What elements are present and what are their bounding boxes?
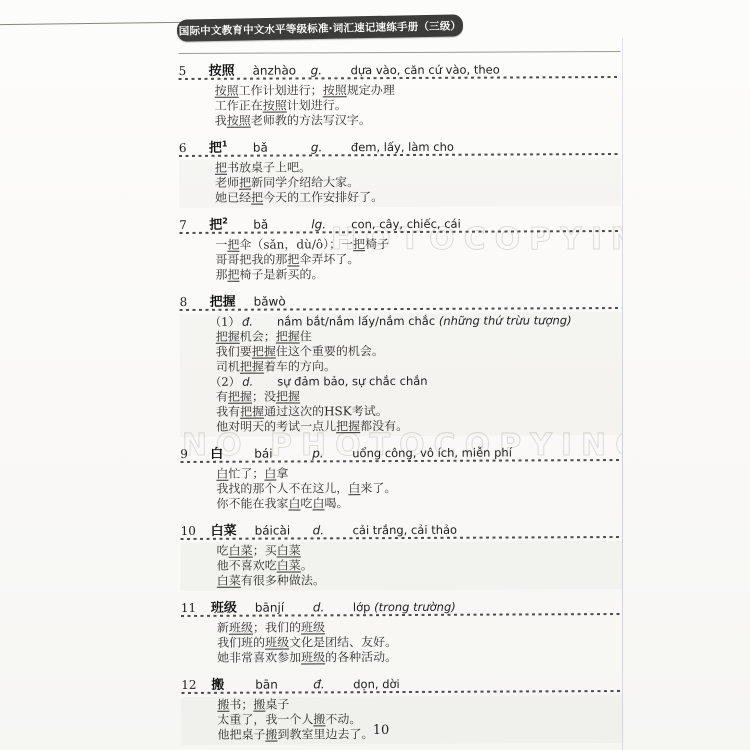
dictionary-entry: 8 把握 bǎwò （1）đ.nắm bắt/nắm lấy/nắm chắc … xyxy=(180,289,623,437)
entry-examples: 按照工作计划进行；按照规定办理工作正在按照计划进行。我按照老师教的方法写汉字。 xyxy=(179,81,621,131)
entry-pos: đ. xyxy=(313,677,353,691)
entry-examples: 把书放桌子上吧。老师把新同学介绍给大家。她已经把今天的工作安排好了。 xyxy=(179,158,621,208)
entry-headword: 班级 xyxy=(211,597,255,616)
entry-examples: 吃白菜；买白菜他不喜欢吃白菜。白菜有很多种做法。 xyxy=(181,541,623,591)
entry-number: 6 xyxy=(179,141,209,155)
entry-pos: lg. xyxy=(311,217,351,231)
entry-pos: g. xyxy=(311,63,351,77)
definition-line: （2）d.sự đảm bảo, sự chắc chắn xyxy=(216,373,622,390)
entry-meaning: uổng công, vô ích, miễn phí xyxy=(352,446,512,461)
entry-pinyin: bānjí xyxy=(255,600,313,614)
dictionary-entry: 7 把2 bǎ lg. con, cây, chiếc, cái 一把伞（sǎn… xyxy=(179,212,621,285)
book-title: 国际中文教育中文水平等级标准·词汇速记速练手册（三级） xyxy=(179,18,462,38)
entry-number: 5 xyxy=(179,64,209,78)
dictionary-entry: 6 把1 bǎ g. đem, lấy, làm cho 把书放桌子上吧。老师把… xyxy=(179,135,621,208)
entry-header-row: 9 白 bái p. uổng công, vô ích, miễn phí xyxy=(180,441,622,460)
example-line: 工作正在按照计划进行。 xyxy=(215,97,621,114)
definition-line: （1）đ.nắm bắt/nắm lấy/nắm chắc (những thứ… xyxy=(216,313,622,330)
example-line: 他对明天的考试一点儿把握都没有。 xyxy=(216,418,622,435)
example-line: 一把伞（sǎn，dù/ô）；一把椅子 xyxy=(215,236,621,253)
entry-header-row: 12 搬 bān đ. dọn, dời xyxy=(181,672,623,691)
example-line: 白忙了；白拿 xyxy=(216,465,622,482)
entry-pos: g. xyxy=(311,140,351,154)
entry-meaning: con, cây, chiếc, cái xyxy=(351,217,461,231)
entry-number: 11 xyxy=(181,601,211,615)
entry-examples: 白忙了；白拿我找的那个人不在这儿，白来了。你不能在我家白吃白喝。 xyxy=(180,464,622,514)
example-line: 我按照老师教的方法写汉字。 xyxy=(215,112,621,129)
example-line: 司机把握着车的方向。 xyxy=(216,358,622,375)
entry-pinyin: báicài xyxy=(255,523,313,537)
example-line: 把书放桌子上吧。 xyxy=(215,159,621,176)
entry-pinyin: ànzhào xyxy=(253,63,311,77)
page-number: 10 xyxy=(160,723,602,738)
example-line: 她已经把今天的工作安排好了。 xyxy=(215,189,621,206)
entry-headword: 按照 xyxy=(209,60,253,79)
entry-meaning: cải trắng, cải thảo xyxy=(353,523,458,537)
example-line: 那把椅子是新买的。 xyxy=(215,266,621,283)
entry-number: 7 xyxy=(179,218,209,232)
example-line: 我找的那个人不在这儿，白来了。 xyxy=(216,480,622,497)
entry-pos: p. xyxy=(312,446,352,460)
dictionary-entry: 10 白菜 báicài d. cải trắng, cải thảo 吃白菜；… xyxy=(181,518,623,591)
example-line: 她非常喜欢参加班级的各种活动。 xyxy=(217,649,623,666)
entries: 5 按照 ànzhào g. dựa vào, căn cứ vào, theo… xyxy=(178,51,623,750)
entry-headword: 把握 xyxy=(210,291,254,310)
entry-number: 10 xyxy=(181,524,211,538)
dictionary-entry: 5 按照 ànzhào g. dựa vào, căn cứ vào, theo… xyxy=(179,58,621,131)
entry-headword: 搬 xyxy=(211,674,255,693)
entry-header-row: 10 白菜 báicài d. cải trắng, cải thảo xyxy=(181,518,623,537)
entry-pos: d. xyxy=(313,600,353,614)
example-line: 我有把握通过这次的HSK考试。 xyxy=(216,403,622,420)
entry-header-row: 11 班级 bānjí d. lớp (trong trường) xyxy=(181,595,623,614)
entry-number: 12 xyxy=(181,678,211,692)
example-line: 按照工作计划进行；按照规定办理 xyxy=(215,82,621,99)
entry-pinyin: bǎ xyxy=(253,217,311,231)
example-line: 他不喜欢吃白菜。 xyxy=(217,557,623,574)
entry-meaning: đem, lấy, làm cho xyxy=(351,140,454,154)
entry-examples: 新班级；我们的班级我们班的班级文化是团结、友好。她非常喜欢参加班级的各种活动。 xyxy=(181,618,623,668)
entry-examples: 一把伞（sǎn，dù/ô）；一把椅子哥哥把我的那把伞弄坏了。那把椅子是新买的。 xyxy=(179,235,621,285)
page-edge-line xyxy=(622,38,623,750)
dictionary-entry: 9 白 bái p. uổng công, vô ích, miễn phí 白… xyxy=(180,441,622,514)
entry-number: 8 xyxy=(180,295,210,309)
page-header-band: 国际中文教育中文水平等级标准·词汇速记速练手册（三级） xyxy=(177,14,463,41)
entry-headword: 白 xyxy=(210,443,254,462)
content-top-rule xyxy=(178,51,620,54)
entry-pinyin: bǎwò xyxy=(254,294,312,308)
dictionary-entry: 11 班级 bānjí d. lớp (trong trường) 新班级；我们… xyxy=(181,595,623,668)
example-line: 有把握；没把握 xyxy=(216,388,622,405)
example-line: 老师把新同学介绍给大家。 xyxy=(215,174,621,191)
entry-header-row: 8 把握 bǎwò xyxy=(180,289,622,308)
example-line: 你不能在我家白吃白喝。 xyxy=(216,495,622,512)
entry-pinyin: bǎ xyxy=(253,140,311,154)
entry-meaning: dựa vào, căn cứ vào, theo xyxy=(351,63,500,78)
example-line: 吃白菜；买白菜 xyxy=(217,542,623,559)
entry-number: 9 xyxy=(180,447,210,461)
entry-headword: 把2 xyxy=(209,214,253,233)
entry-header-row: 6 把1 bǎ g. đem, lấy, làm cho xyxy=(179,135,621,154)
example-line: 我们班的班级文化是团结、友好。 xyxy=(217,634,623,651)
entry-header-row: 5 按照 ànzhào g. dựa vào, căn cứ vào, theo xyxy=(179,58,621,77)
example-line: 搬书；搬桌子 xyxy=(217,696,623,713)
entry-pinyin: bái xyxy=(254,446,312,460)
entry-meaning: lớp (trong trường) xyxy=(353,600,456,614)
entry-headword: 白菜 xyxy=(211,520,255,539)
example-line: 把握机会；把握住 xyxy=(216,328,622,345)
example-line: 哥哥把我的那把伞弄坏了。 xyxy=(215,251,621,268)
header-rule-left xyxy=(0,22,181,25)
entry-pinyin: bān xyxy=(255,677,313,691)
entry-meaning: dọn, dời xyxy=(353,677,400,691)
entry-pos: d. xyxy=(313,523,353,537)
entry-header-row: 7 把2 bǎ lg. con, cây, chiếc, cái xyxy=(179,212,621,231)
book-page: 国际中文教育中文水平等级标准·词汇速记速练手册（三级） NO PHOTOCOPY… xyxy=(0,0,750,750)
example-line: 我们要把握住这个重要的机会。 xyxy=(216,343,622,360)
entry-headword: 把1 xyxy=(209,137,253,156)
example-line: 新班级；我们的班级 xyxy=(217,619,623,636)
entry-examples: （1）đ.nắm bắt/nắm lấy/nắm chắc (những thứ… xyxy=(180,312,623,437)
example-line: 白菜有很多种做法。 xyxy=(217,572,623,589)
